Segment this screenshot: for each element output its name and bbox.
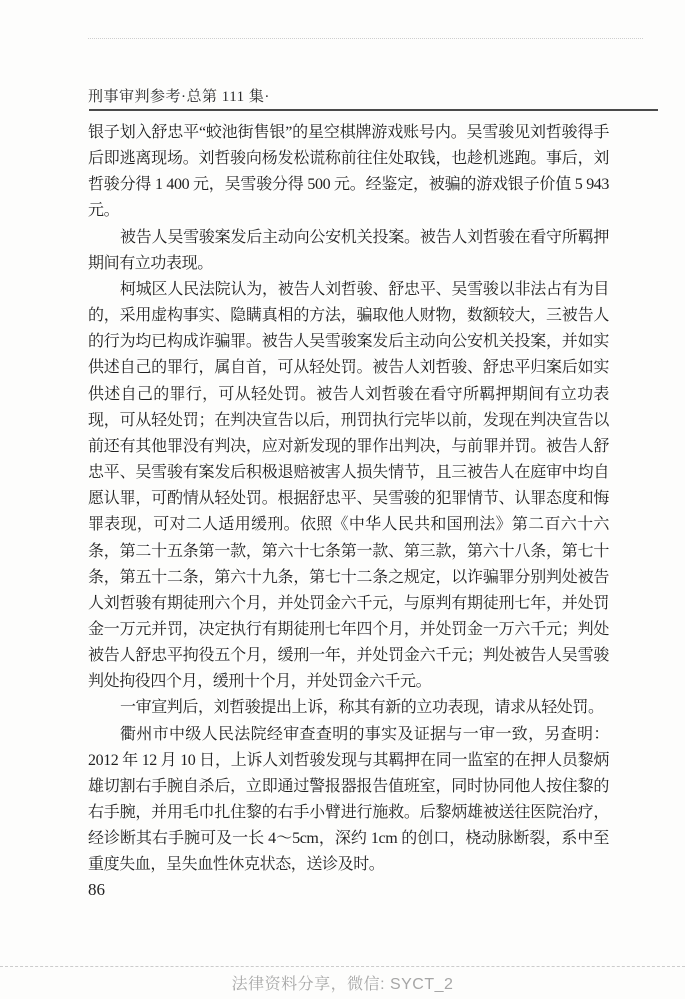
- body-paragraph: 衢州市中级人民法院经审查查明的事实及证据与一审一致，另查明：2012 年 12 …: [88, 722, 609, 879]
- header-running-title: 刑事审判参考·总第 111 集·: [88, 85, 270, 106]
- body-paragraph: 被告人吴雪骏案发后主动向公安机关投案。被告人刘哲骏在看守所羁押期间有立功表现。: [88, 225, 609, 277]
- body-paragraph: 一审宣判后，刘哲骏提出上诉，称其有新的立功表现，请求从轻处罚。: [88, 695, 609, 721]
- header-rule: [89, 109, 658, 111]
- body-paragraph: 柯城区人民法院认为，被告人刘哲骏、舒忠平、吴雪骏以非法占有为目的，采用虚构事实、…: [88, 277, 609, 696]
- document-page: 刑事审判参考·总第 111 集· 银子划入舒忠平“蛟池街售银”的星空棋牌游戏账号…: [0, 0, 685, 999]
- footer-watermark: 法律资料分享，微信: SYCT_2: [0, 971, 685, 994]
- scan-artifact-line: [88, 38, 643, 39]
- body-paragraph: 银子划入舒忠平“蛟池街售银”的星空棋牌游戏账号内。吴雪骏见刘哲骏得手后即逃离现场…: [88, 120, 609, 225]
- footer-rule: [0, 966, 685, 967]
- page-number: 86: [88, 880, 105, 900]
- document-body: 银子划入舒忠平“蛟池街售银”的星空棋牌游戏账号内。吴雪骏见刘哲骏得手后即逃离现场…: [88, 120, 609, 879]
